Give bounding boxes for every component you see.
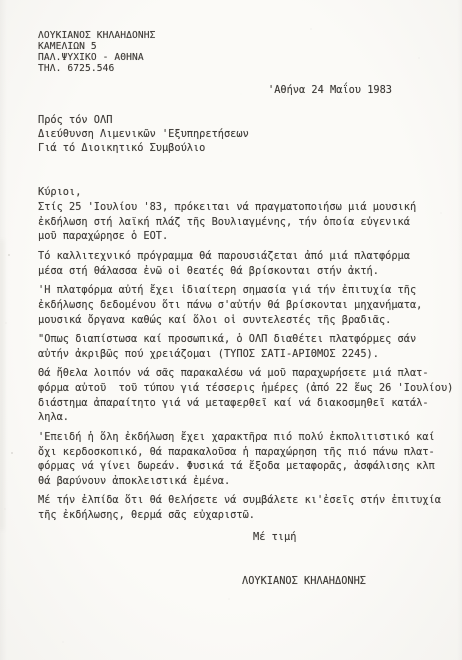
letter-line: "Οπως διαπίστωσα καί προσωπικά, ὁ ΟΛΠ δι… xyxy=(38,332,462,347)
letter-line: θά βαρύνουν ἀποκλειστικά ἐμένα. xyxy=(38,474,462,489)
sender-street: ΚΑΜΕΛΙΩΝ 5 xyxy=(38,41,156,52)
scan-specks xyxy=(0,0,2,2)
recipient-department: Διεύθυνση Λιμενικῶν 'Εξυπηρετήσεων xyxy=(38,128,249,142)
date-text: 'Αθήνα 24 Μαΐου 1983 xyxy=(268,84,392,96)
scan-smudge xyxy=(0,240,4,530)
salutation-text: Κύριοι, xyxy=(38,186,81,198)
letter-line: ληλα. xyxy=(38,410,462,425)
date-line: 'Αθήνα 24 Μαΐου 1983 xyxy=(268,84,392,97)
letter-body: Στίς 25 'Ιουλίου '83, πρόκειται νά πραγμ… xyxy=(38,200,462,588)
paragraph-5: Θά ἤθελα λοιπόν νά σᾶς παρακαλέσω νά μοῦ… xyxy=(38,366,462,425)
paragraph-3: 'Η πλατφόρμα αὐτή ἔχει ἰδιαίτερη σημασία… xyxy=(38,283,462,327)
paragraph-1: Στίς 25 'Ιουλίου '83, πρόκειται νά πραγμ… xyxy=(38,200,462,244)
sender-letterhead: ΛΟΥΚΙΑΝΟΣ ΚΗΛΑΗΔΟΝΗΣ ΚΑΜΕΛΙΩΝ 5 ΠΑΛ.ΨΥΧΙ… xyxy=(38,30,156,74)
letter-line: Στίς 25 'Ιουλίου '83, πρόκειται νά πραγμ… xyxy=(38,200,462,215)
signature-name: ΛΟΥΚΙΑΝΟΣ ΚΗΛΑΗΔΟΝΗΣ xyxy=(242,574,462,589)
letter-line: τῆς ἐκδήλωσης, θερμά σᾶς εὐχαριστῶ. xyxy=(38,508,462,523)
scanned-letter-page: ΛΟΥΚΙΑΝΟΣ ΚΗΛΑΗΔΟΝΗΣ ΚΑΜΕΛΙΩΝ 5 ΠΑΛ.ΨΥΧΙ… xyxy=(0,0,462,660)
closing-salutation: Μέ τιμή xyxy=(253,530,462,545)
letter-line: αὐτήν ἀκριβῶς πού χρειάζομαι (ΤΥΠΟΣ ΣΑΤΙ… xyxy=(38,347,462,362)
sender-name: ΛΟΥΚΙΑΝΟΣ ΚΗΛΑΗΔΟΝΗΣ xyxy=(38,30,156,41)
recipient-attention: Γιά τό Διοικητικό Συμβούλιο xyxy=(38,142,249,156)
sender-city: ΠΑΛ.ΨΥΧΙΚΟ - ΑΘΗΝΑ xyxy=(38,52,156,63)
letter-line: φόρμα αὐτοῦ τοῦ τύπου γιά τέσσερις ἡμέρε… xyxy=(38,381,462,396)
letter-line: μουσικά ὄργανα καθώς καί ὅλοι οἱ συντελε… xyxy=(38,313,462,328)
letter-line: Τό καλλιτεχνικό πρόγραμμα θά παρουσιάζετ… xyxy=(38,249,462,264)
letter-line: φόρμας νά γίνει δωρεάν. Φυσικά τά ἔξοδα … xyxy=(38,459,462,474)
letter-line: 'Η πλατφόρμα αὐτή ἔχει ἰδιαίτερη σημασία… xyxy=(38,283,462,298)
letter-line: ἐκδήλωσης δεδομένου ὅτι πάνω σ'αὐτήν θά … xyxy=(38,298,462,313)
paragraph-6: 'Επειδή ἡ ὅλη ἐκδήλωση ἔχει χαρακτῆρα πι… xyxy=(38,430,462,489)
salutation: Κύριοι, xyxy=(38,185,81,200)
paragraph-7: Μέ τήν ἐλπίδα ὅτι θά θελήσετε νά συμβάλε… xyxy=(38,493,462,522)
letter-line: μοῦ παραχώρησε ὁ ΕΟΤ. xyxy=(38,229,462,244)
letter-line: ἐκδήλωση στή λαϊκή πλάζ τῆς Βουλιαγμένης… xyxy=(38,215,462,230)
letter-line: διάστημα ἀπαραίτητο γιά νά μεταφερθεῖ κα… xyxy=(38,396,462,411)
sender-phone: ΤΗΛ. 6725.546 xyxy=(38,63,156,74)
letter-line: Μέ τήν ἐλπίδα ὅτι θά θελήσετε νά συμβάλε… xyxy=(38,493,462,508)
letter-line: μέσα στή θάλασσα ἐνῶ οἱ θεατές θά βρίσκο… xyxy=(38,264,462,279)
letter-line: Θά ἤθελα λοιπόν νά σᾶς παρακαλέσω νά μοῦ… xyxy=(38,366,462,381)
recipient-block: Πρός τόν ΟΛΠ Διεύθυνση Λιμενικῶν 'Εξυπηρ… xyxy=(38,114,249,155)
paragraph-4: "Οπως διαπίστωσα καί προσωπικά, ὁ ΟΛΠ δι… xyxy=(38,332,462,361)
paragraph-2: Τό καλλιτεχνικό πρόγραμμα θά παρουσιάζετ… xyxy=(38,249,462,278)
letter-line: ὄχι κερδοσκοπικό, θά παρακαλοῦσα ἡ παραχ… xyxy=(38,445,462,460)
letter-line: 'Επειδή ἡ ὅλη ἐκδήλωση ἔχει χαρακτῆρα πι… xyxy=(38,430,462,445)
recipient-org: Πρός τόν ΟΛΠ xyxy=(38,114,249,128)
